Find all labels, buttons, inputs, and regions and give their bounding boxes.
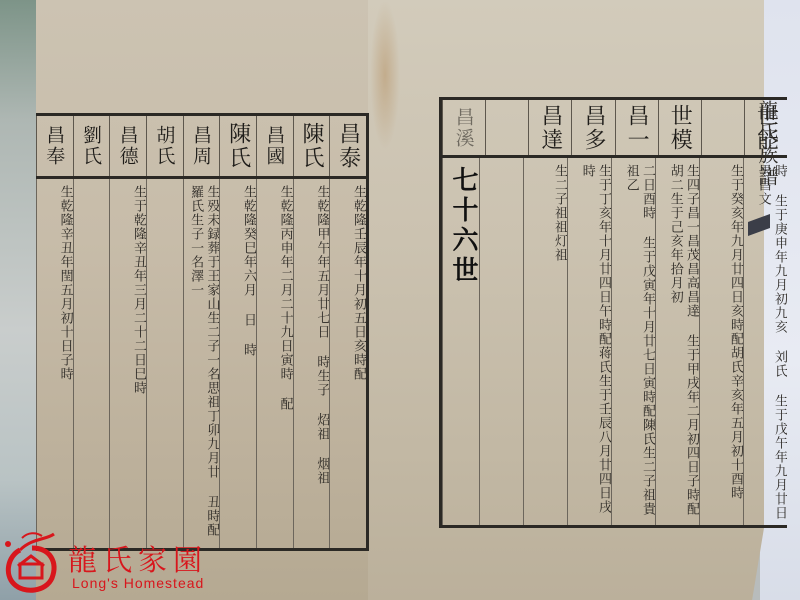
- right-body-row: 時 生于庚申年九月初九亥 刘氏 生于戊午年九月廿日 男昌文 生于癸亥年九月廿四日…: [442, 158, 787, 525]
- watermark-logo: 龍氏家園 Long's Homestead: [2, 530, 262, 600]
- record-column: 二日酉時 生于戊寅年十月廿七日寅時配陳氏生二子祖貴祖乙: [611, 158, 655, 525]
- name-cell: 劉氏: [73, 116, 110, 176]
- record-column: 生二子祖祖灯祖: [523, 158, 567, 525]
- name-cell: 昌多: [571, 100, 614, 155]
- right-page-table: 世能 世模 昌一 昌多 昌達 昌溪 時 生于庚申年九月初九亥 刘氏 生于戊午年九…: [439, 97, 787, 528]
- name-cell: 胡氏: [146, 116, 183, 176]
- record-column: 生乾隆辛丑年閏五月初十日子時: [36, 179, 73, 548]
- name-cell: 昌德: [109, 116, 146, 176]
- name-cell: 陳氏: [219, 116, 256, 176]
- record-column: [146, 179, 183, 548]
- record-column: 生乾隆癸巳年六月 日 時: [219, 179, 256, 548]
- right-header-row: 世能 世模 昌一 昌多 昌達 昌溪: [442, 100, 787, 158]
- name-cell: 昌國: [256, 116, 293, 176]
- name-cell: [701, 100, 744, 155]
- book-title: 龍氏族譜: [753, 100, 782, 188]
- record-column: 生乾隆丙申年二月二十九日寅時 配: [256, 179, 293, 548]
- watermark-chinese-text: 龍氏家園: [68, 538, 208, 579]
- name-cell: 昌溪: [442, 100, 485, 155]
- record-column: 生乾隆壬辰年十月初五日亥時配: [329, 179, 366, 548]
- name-cell: 昌泰: [329, 116, 366, 176]
- record-column: 生于丁亥年十月廿四日午時配蒋氏生于壬辰八月廿四日戌時: [567, 158, 611, 525]
- left-header-row: 昌泰 陳氏 昌國 陳氏 昌周 胡氏 昌德 劉氏 昌奉: [36, 116, 366, 179]
- record-column: 生于乾隆辛丑年三月二十二日巳時: [109, 179, 146, 548]
- name-cell: 世模: [658, 100, 701, 155]
- watermark-english-text: Long's Homestead: [72, 575, 204, 591]
- name-cell: [485, 100, 528, 155]
- dragon-emblem-icon: [2, 530, 62, 600]
- record-column: 生于癸亥年九月廿四日亥時配胡氏辛亥年五月初十酉時: [699, 158, 743, 525]
- generation-label: 七十六世: [442, 158, 479, 525]
- left-body-row: 生乾隆壬辰年十月初五日亥時配 生乾隆甲午年五月廿七日 時生子 炤祖 烟祖 生乾隆…: [36, 179, 366, 548]
- name-cell: 昌奉: [36, 116, 73, 176]
- record-column: [73, 179, 110, 548]
- name-cell: 昌達: [528, 100, 571, 155]
- name-cell: 昌周: [183, 116, 220, 176]
- left-page-table: 昌泰 陳氏 昌國 陳氏 昌周 胡氏 昌德 劉氏 昌奉 生乾隆壬辰年十月初五日亥時…: [36, 113, 369, 551]
- record-column: 生殁未録葬于王家山生二子一名思祖丁卯九月廿 丑時配羅氏生子一名澤一: [183, 179, 220, 548]
- record-column: 時 生于庚申年九月初九亥 刘氏 生于戊午年九月廿日 男昌文: [743, 158, 787, 525]
- gutter-stain: [370, 0, 400, 150]
- record-column: [479, 158, 523, 525]
- background-fabric-left: [0, 0, 40, 600]
- record-column: 生乾隆甲午年五月廿七日 時生子 炤祖 烟祖: [293, 179, 330, 548]
- record-column: 生四子昌一昌茂昌高昌達 生于甲戌年二月初四日子時配胡二生于己亥年拾月初: [655, 158, 699, 525]
- name-cell: 昌一: [615, 100, 658, 155]
- name-cell: 陳氏: [293, 116, 330, 176]
